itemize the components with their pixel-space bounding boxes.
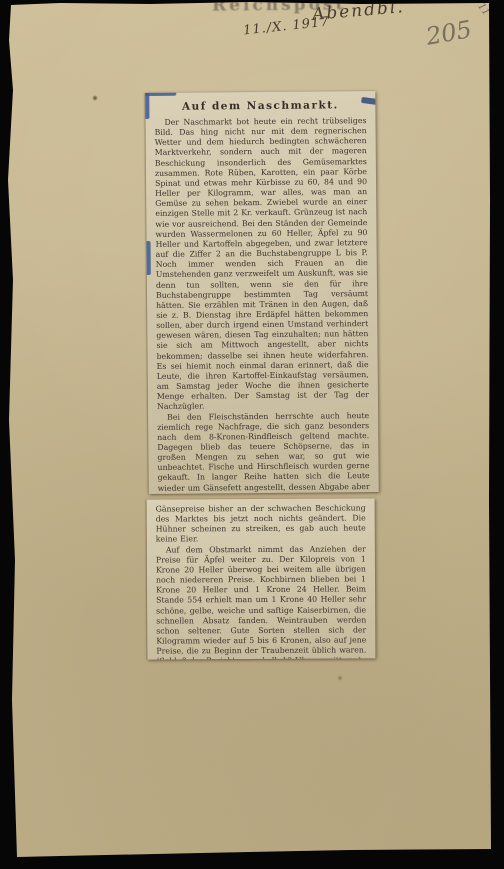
- pencil-page-number: 205: [424, 15, 474, 51]
- archive-page: Reichspost Abendbl. 11./X. 1917 205 11 A…: [0, 0, 504, 869]
- article-paragraph: Gänsepreise bisher an der schwachen Besc…: [156, 503, 366, 545]
- pencil-corner-mark: 11: [475, 1, 491, 18]
- blue-crayon-bracket-icon: [145, 91, 149, 119]
- blue-crayon-bracket-icon: [145, 91, 176, 96]
- article-paragraph: Bei den Fleischständen herrschte auch he…: [157, 411, 370, 494]
- blue-crayon-margin-mark-icon: [145, 241, 151, 275]
- newspaper-clipping-bottom: Gänsepreise bisher an der schwachen Besc…: [147, 498, 376, 659]
- handwritten-date: 11./X. 1917: [242, 15, 330, 39]
- article-paragraph: Der Naschmarkt bot heute ein recht trübs…: [154, 116, 369, 412]
- newspaper-clipping-top: Auf dem Naschmarkt. Der Naschmarkt bot h…: [145, 91, 378, 494]
- article-headline: Auf dem Naschmarkt.: [154, 99, 366, 113]
- photo-backdrop: Reichspost Abendbl. 11./X. 1917 205 11 A…: [0, 0, 504, 869]
- article-paragraph: Auf dem Obstmarkt nimmt das Anziehen der…: [156, 544, 367, 660]
